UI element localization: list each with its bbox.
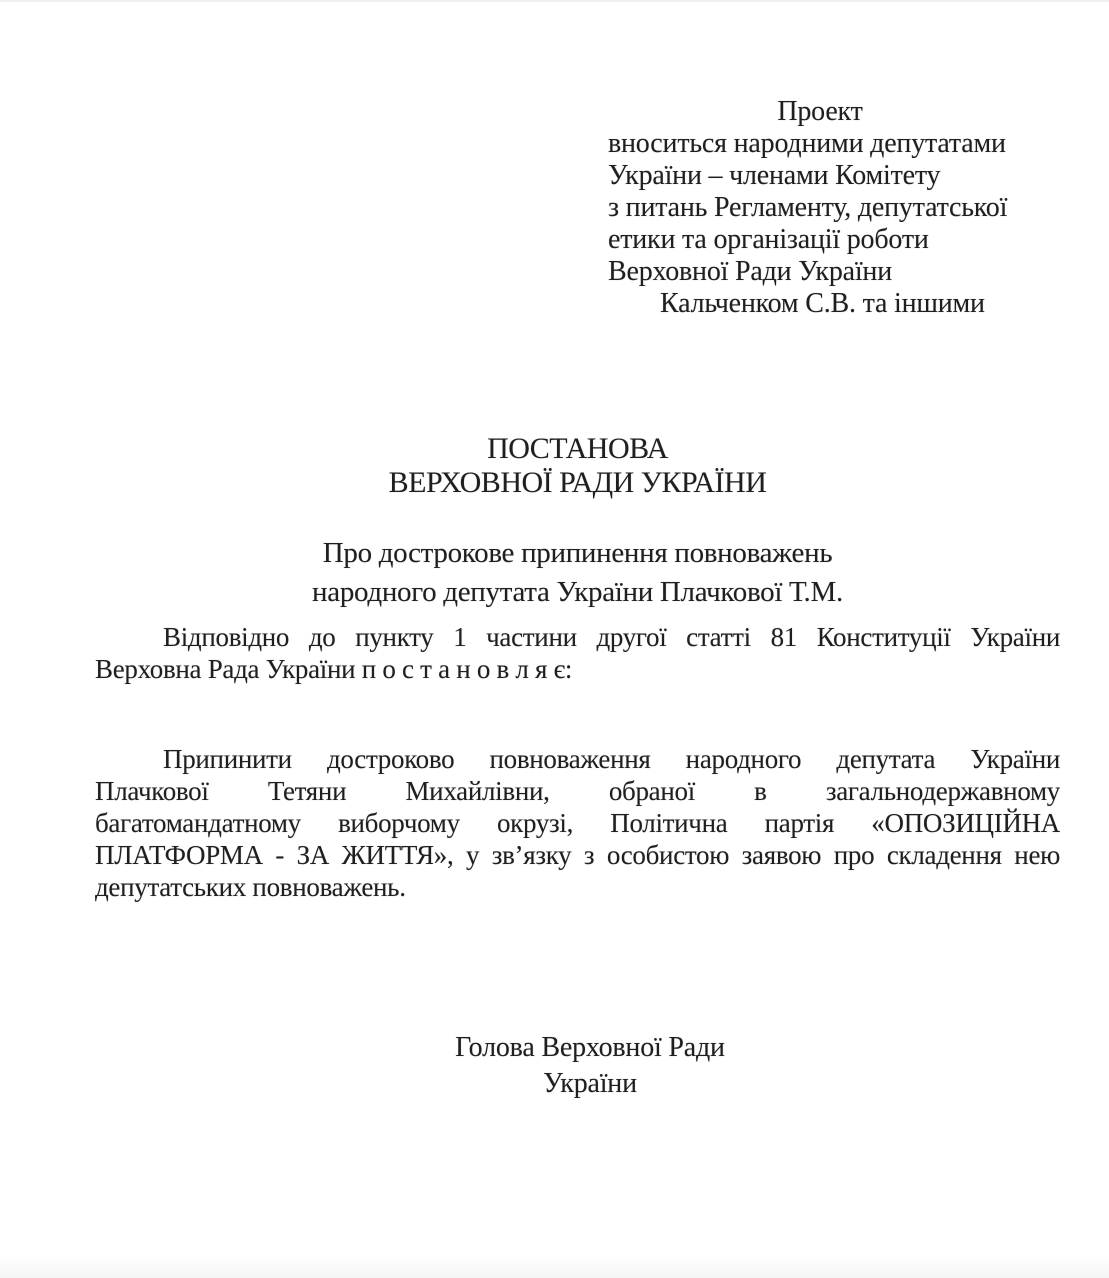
header-note-line: етики та організації роботи xyxy=(608,224,1048,256)
signature-line: Голова Верховної Ради xyxy=(120,1030,1060,1066)
header-note-line: Кальченком С.В. та іншими xyxy=(608,288,1048,320)
header-note: Проект вноситься народними депутатами Ук… xyxy=(608,96,1048,320)
text-line: Плачкової Тетяни Михайлівни, обраної в з… xyxy=(95,775,1060,807)
operative-paragraph: Припинити достроково повноваження народн… xyxy=(95,743,1060,903)
text-line: депутатських повноважень. xyxy=(95,871,1060,903)
text-line: Припинити достроково повноваження народн… xyxy=(95,743,1060,775)
scan-edge-top xyxy=(0,0,1109,2)
preamble-paragraph: Відповідно до пункту 1 частини другої ст… xyxy=(95,621,1060,685)
text-line: Верховна Рада України п о с т а н о в л … xyxy=(95,653,1060,685)
text-line: Відповідно до пункту 1 частини другої ст… xyxy=(95,621,1060,653)
document-page: Проект вноситься народними депутатами Ук… xyxy=(0,0,1109,1278)
title-line: ПОСТАНОВА xyxy=(95,432,1060,466)
header-note-line: вноситься народними депутатами xyxy=(608,128,1048,160)
signature-block: Голова Верховної Ради України xyxy=(120,1030,1060,1102)
title-line: ВЕРХОВНОЇ РАДИ УКРАЇНИ xyxy=(95,466,1060,500)
signature-line: України xyxy=(120,1066,1060,1102)
header-note-line: Проект xyxy=(608,96,1032,128)
header-note-line: з питань Регламенту, депутатської xyxy=(608,192,1048,224)
subject-line: Про дострокове припинення повноважень xyxy=(95,534,1060,573)
document-subject: Про дострокове припинення повноважень на… xyxy=(95,534,1060,612)
document-title: ПОСТАНОВА ВЕРХОВНОЇ РАДИ УКРАЇНИ xyxy=(95,432,1060,500)
scan-edge-bottom xyxy=(0,1256,1109,1278)
subject-line: народного депутата України Плачкової Т.М… xyxy=(95,573,1060,612)
header-note-line: України – членами Комітету xyxy=(608,160,1048,192)
text-line: багатомандатному виборчому окрузі, Політ… xyxy=(95,807,1060,839)
header-note-line: Верховної Ради України xyxy=(608,256,1048,288)
text-line: ПЛАТФОРМА - ЗА ЖИТТЯ», у зв’язку з особи… xyxy=(95,839,1060,871)
